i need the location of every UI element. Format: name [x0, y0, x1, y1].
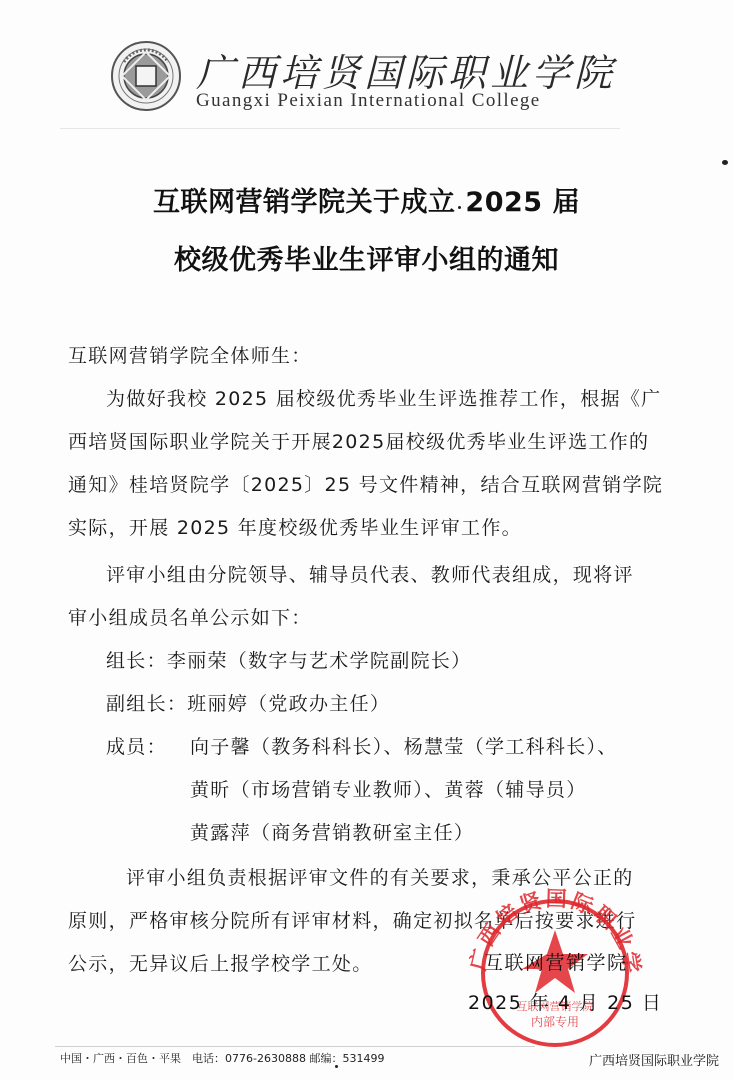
letterhead-divider	[60, 128, 620, 129]
member-line: 黄露萍（商务营销教研室主任）	[190, 813, 474, 853]
letterhead: 广西培贤国际职业学院 Guangxi Peixian International…	[110, 40, 610, 110]
member-line: 向子馨（教务科科长）、杨慧莹（学工科科长）、	[190, 727, 618, 767]
scan-speck	[335, 1065, 338, 1068]
para2-line: 审小组成员名单公示如下：	[68, 598, 312, 638]
para1-line: 西培贤国际职业学院关于开展2025届校级优秀毕业生评选工作的	[68, 422, 649, 462]
para1-line: 通知》桂培贤院学〔2025〕25 号文件精神，结合互联网营销学院	[68, 465, 663, 505]
para1-line: 为做好我校 2025 届校级优秀毕业生评选推荐工作，根据《广	[106, 379, 661, 419]
signature-org: 互联网营销学院	[484, 948, 628, 975]
member-line: 黄昕（市场营销专业教师）、黄蓉（辅导员）	[190, 770, 587, 810]
college-emblem-icon	[110, 40, 182, 112]
college-name-cn: 广西培贤国际职业学院	[196, 42, 616, 97]
document-title-line1: 互联网营销学院关于成立 2025 届	[0, 180, 733, 219]
group-deputy: 副组长：班丽婷（党政办主任）	[106, 684, 390, 724]
para2-line: 评审小组由分院领导、辅导员代表、教师代表组成，现将评	[106, 555, 634, 595]
footer-address: 中国・广西・百色・平果 电话：0776-2630888 邮编：531499	[60, 1050, 384, 1066]
signature-date: 2025 年 4 月 25 日	[468, 988, 662, 1015]
svg-text:内部专用: 内部专用	[531, 1014, 579, 1029]
members-label: 成员：	[106, 727, 167, 767]
footer-watermark: 广西培贤国际职业学院	[589, 1050, 719, 1069]
scan-speck	[722, 160, 728, 165]
college-name-en: Guangxi Peixian International College	[196, 90, 541, 112]
salutation: 互联网营销学院全体师生：	[68, 336, 312, 376]
footer-divider	[55, 1046, 535, 1047]
group-leader: 组长：李丽荣（数字与艺术学院副院长）	[106, 641, 471, 681]
scan-speck	[458, 206, 461, 209]
document-page: 广西培贤国际职业学院 Guangxi Peixian International…	[0, 0, 733, 1080]
para1-line: 实际，开展 2025 年度校级优秀毕业生评审工作。	[68, 508, 522, 548]
para3-line: 公示，无异议后上报学校学工处。	[68, 944, 373, 984]
document-title-line2: 校级优秀毕业生评审小组的通知	[0, 238, 733, 277]
